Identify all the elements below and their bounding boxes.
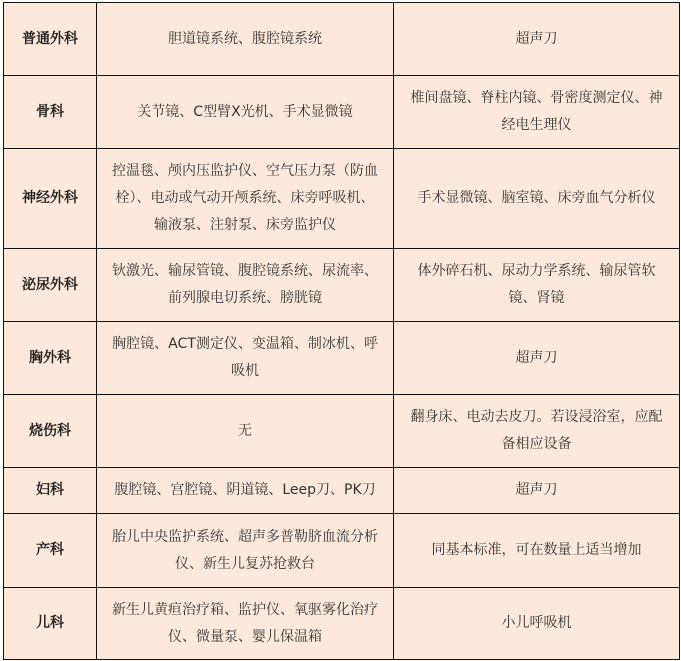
equipment-cell: 腹腔镜、宫腔镜、阴道镜、Leep刀、PK刀 [97, 468, 394, 514]
equipment-cell: 控温毯、颅内压监护仪、空气压力泵（防血栓）、电动或气动开颅系统、床旁呼吸机、输液… [97, 149, 394, 249]
department-equipment-table: 普通外科 胆道镜系统、腹腔镜系统 超声刀 骨科 关节镜、C型臂X光机、手术显微镜… [3, 2, 680, 660]
other-equipment-cell: 手术显微镜、脑室镜、床旁血气分析仪 [394, 149, 680, 249]
department-cell: 妇科 [4, 468, 97, 514]
department-cell: 泌尿外科 [4, 249, 97, 322]
table-row: 儿科 新生儿黄疸治疗箱、监护仪、氧驱雾化治疗仪、微量泵、婴儿保温箱 小儿呼吸机 [4, 588, 680, 660]
other-equipment-cell: 同基本标准，可在数量上适当增加 [394, 514, 680, 588]
other-equipment-cell: 超声刀 [394, 3, 680, 76]
equipment-cell: 新生儿黄疸治疗箱、监护仪、氧驱雾化治疗仪、微量泵、婴儿保温箱 [97, 588, 394, 660]
table-row: 胸外科 胸腔镜、ACT测定仪、变温箱、制冰机、呼吸机 超声刀 [4, 322, 680, 395]
equipment-cell: 关节镜、C型臂X光机、手术显微镜 [97, 76, 394, 149]
department-cell: 烧伤科 [4, 395, 97, 468]
table-row: 泌尿外科 钬激光、输尿管镜、腹腔镜系统、尿流率、前列腺电切系统、膀胱镜 体外碎石… [4, 249, 680, 322]
table-row: 妇科 腹腔镜、宫腔镜、阴道镜、Leep刀、PK刀 超声刀 [4, 468, 680, 514]
table-row: 产科 胎儿中央监护系统、超声多普勒脐血流分析仪、新生儿复苏抢救台 同基本标准，可… [4, 514, 680, 588]
equipment-cell: 胆道镜系统、腹腔镜系统 [97, 3, 394, 76]
department-cell: 普通外科 [4, 3, 97, 76]
table-row: 烧伤科 无 翻身床、电动去皮刀。若设浸浴室，应配备相应设备 [4, 395, 680, 468]
table-row: 普通外科 胆道镜系统、腹腔镜系统 超声刀 [4, 3, 680, 76]
other-equipment-cell: 超声刀 [394, 322, 680, 395]
other-equipment-cell: 体外碎石机、尿动力学系统、输尿管软镜、肾镜 [394, 249, 680, 322]
department-cell: 神经外科 [4, 149, 97, 249]
equipment-cell: 胎儿中央监护系统、超声多普勒脐血流分析仪、新生儿复苏抢救台 [97, 514, 394, 588]
department-cell: 骨科 [4, 76, 97, 149]
other-equipment-cell: 小儿呼吸机 [394, 588, 680, 660]
other-equipment-cell: 椎间盘镜、脊柱内镜、骨密度测定仪、神经电生理仪 [394, 76, 680, 149]
equipment-cell: 无 [97, 395, 394, 468]
department-cell: 儿科 [4, 588, 97, 660]
equipment-table-container: 普通外科 胆道镜系统、腹腔镜系统 超声刀 骨科 关节镜、C型臂X光机、手术显微镜… [3, 2, 679, 660]
department-cell: 胸外科 [4, 322, 97, 395]
equipment-cell: 胸腔镜、ACT测定仪、变温箱、制冰机、呼吸机 [97, 322, 394, 395]
equipment-cell: 钬激光、输尿管镜、腹腔镜系统、尿流率、前列腺电切系统、膀胱镜 [97, 249, 394, 322]
other-equipment-cell: 翻身床、电动去皮刀。若设浸浴室，应配备相应设备 [394, 395, 680, 468]
table-row: 骨科 关节镜、C型臂X光机、手术显微镜 椎间盘镜、脊柱内镜、骨密度测定仪、神经电… [4, 76, 680, 149]
table-row: 神经外科 控温毯、颅内压监护仪、空气压力泵（防血栓）、电动或气动开颅系统、床旁呼… [4, 149, 680, 249]
other-equipment-cell: 超声刀 [394, 468, 680, 514]
department-cell: 产科 [4, 514, 97, 588]
